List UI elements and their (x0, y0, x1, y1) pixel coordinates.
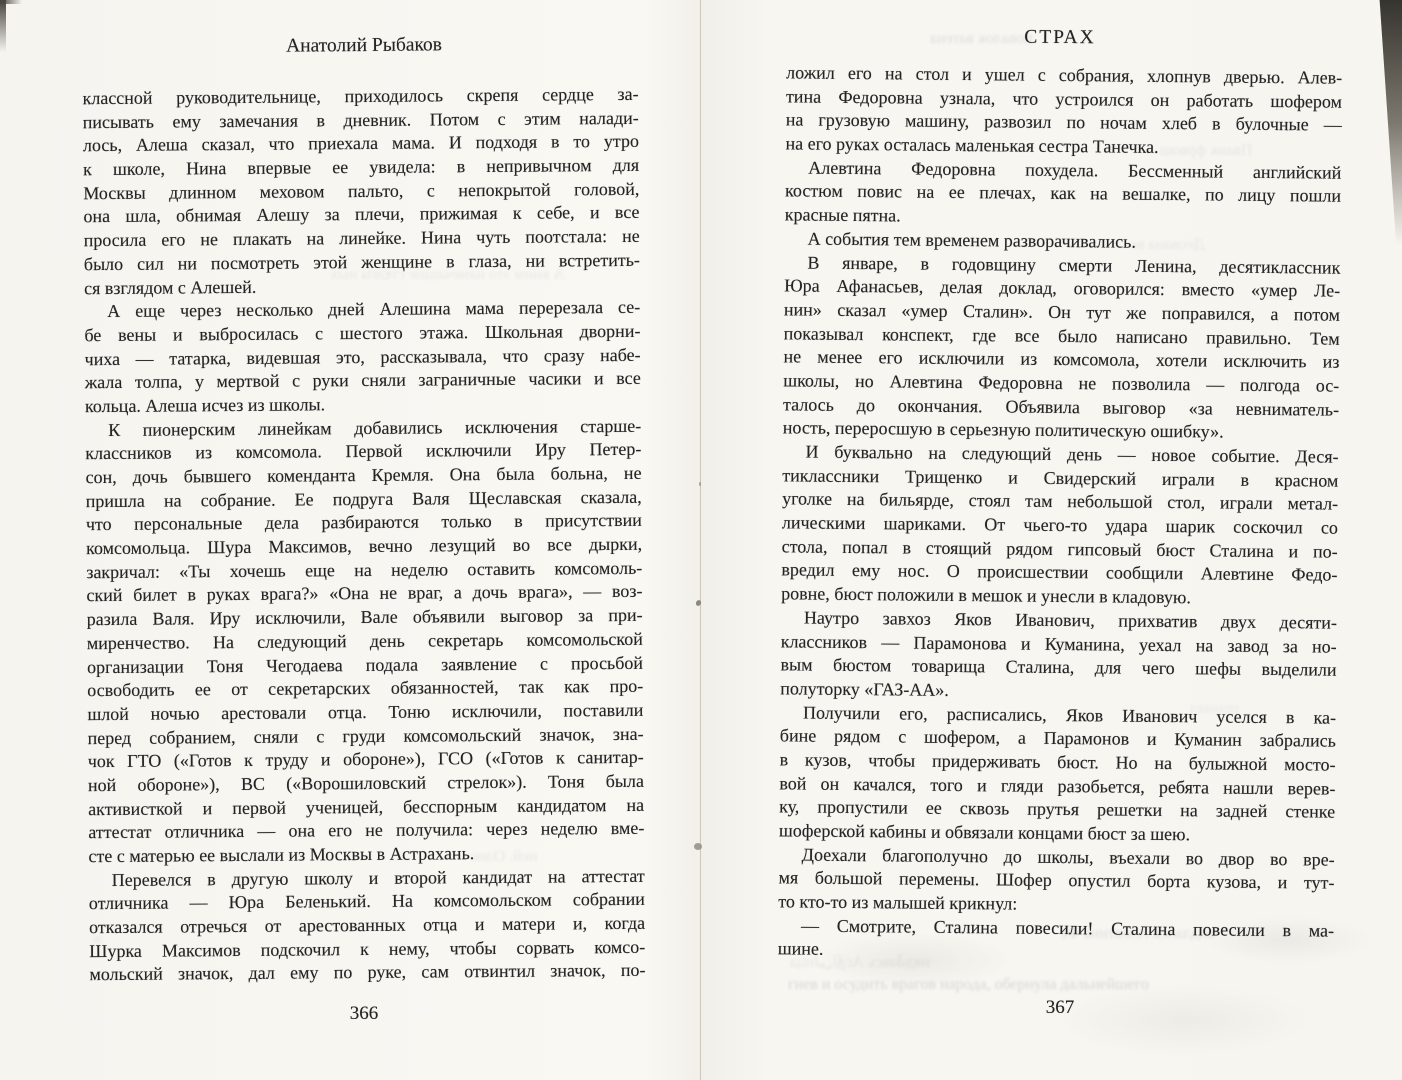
paragraph: К пионерским линейкам добавились исключе… (85, 414, 645, 868)
photo-edge-top-right (1370, 0, 1402, 245)
text-line: было сил ни посмотреть этой женщине в гл… (84, 249, 640, 277)
paragraph: ложил его на стол и ушел с собрания, хло… (785, 61, 1342, 161)
page-gutter-line (700, 0, 701, 1080)
paragraph: — Смотрите, Сталина повесили! Сталина по… (778, 914, 1334, 967)
photo-edge-top-left (0, 0, 6, 52)
text-line: аттестат отличника — она его не получила… (88, 817, 644, 845)
paragraph: Получили его, расписались, Яков Иванович… (779, 701, 1336, 848)
photo-edge-top-left-strip (0, 0, 22, 4)
page-number-right: 367 (782, 997, 1338, 1019)
paragraph: классной руководительнице, приходилось с… (82, 83, 640, 301)
paragraph: Перевелся в другую школу и второй кандид… (89, 864, 646, 987)
right-page-text: ложил его на стол и ушел с собрания, хло… (778, 61, 1343, 966)
paragraph: А еще через несколько дней Алешина мама … (84, 296, 641, 419)
paragraph: И буквально на следующий день — новое со… (781, 440, 1339, 611)
text-line: жала толпа, у мертвой с руки сняли загра… (85, 367, 641, 395)
dust-speck (694, 843, 702, 850)
running-head-author: Анатолий Рыбаков (86, 33, 642, 60)
paragraph: Доехали благополучно до школы, въехали в… (778, 843, 1335, 919)
left-page-text: классной руководительнице, приходилось с… (82, 83, 645, 987)
paragraph: Наутро завхоз Яков Иванович, прихватив д… (780, 606, 1337, 706)
text-line: мольский значок, дал ему по руке, сам от… (89, 959, 645, 987)
running-head-title: СТРАХ (782, 25, 1338, 51)
paragraph: В январе, в годовщину смерти Ленина, дес… (783, 251, 1341, 446)
dust-speck (699, 482, 701, 486)
paragraph: Алевтина Федоровна похудела. Бессменный … (785, 156, 1342, 232)
page-number-left: 366 (86, 1003, 642, 1025)
